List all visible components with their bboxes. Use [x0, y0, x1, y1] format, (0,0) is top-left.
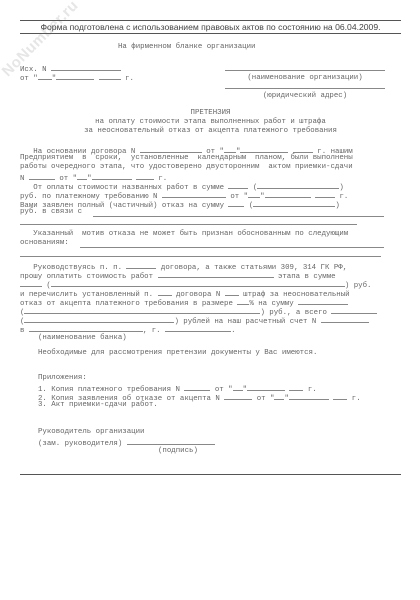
ref-number-field[interactable] [51, 62, 121, 71]
contract-number-field[interactable] [140, 144, 202, 153]
contract-month-field[interactable] [240, 144, 288, 153]
penalty-contract-field[interactable] [225, 287, 239, 296]
grounds-field-2[interactable] [20, 256, 381, 257]
legal-address-caption: (юридический адрес) [225, 91, 385, 101]
notice-rule [20, 33, 401, 34]
act-month-field[interactable] [92, 171, 132, 180]
contract-year-field[interactable] [293, 144, 313, 153]
act-day-field[interactable] [77, 171, 87, 180]
bottom-rule [20, 474, 401, 475]
pr-day-field[interactable] [248, 189, 260, 198]
p2-line4: руб. в связи с [20, 207, 82, 217]
pr-month-field[interactable] [265, 189, 311, 198]
refusal-sum-words-field[interactable] [253, 198, 335, 207]
bank-caption: (наименование банка) [38, 333, 127, 343]
stage-sum-words-field[interactable] [51, 278, 345, 287]
day-field[interactable] [38, 71, 52, 80]
penalty-clause-field[interactable] [158, 287, 172, 296]
act-number-field[interactable] [29, 171, 55, 180]
penalty-base-sum-field[interactable] [298, 296, 348, 305]
p3-line2: основаниям: [20, 238, 69, 248]
signature-field[interactable] [127, 436, 215, 445]
works-stage-field[interactable] [158, 269, 274, 278]
legal-address-field[interactable] [225, 88, 385, 89]
claim-subtitle-2: за неосновательный отказ от акцепта плат… [20, 126, 401, 136]
p3-line1: Указанный мотив отказа не может быть при… [20, 229, 348, 239]
total-sum-words-field[interactable] [24, 314, 174, 323]
attach1-day-field[interactable] [233, 382, 243, 391]
signature-caption: (подпись) [158, 446, 198, 456]
outgoing-date: от "" г. [20, 71, 134, 84]
pr-year-field[interactable] [315, 189, 335, 198]
month-field[interactable] [56, 71, 94, 80]
bank-city-field[interactable] [165, 323, 231, 332]
total-sum-field[interactable] [331, 305, 377, 314]
payment-request-number-field[interactable] [162, 189, 226, 198]
letterhead-note: На фирменном бланке организации [118, 42, 256, 52]
year-field[interactable] [99, 71, 121, 80]
attach1-number-field[interactable] [184, 382, 210, 391]
attach2-year-field[interactable] [333, 391, 347, 400]
org-name-caption: (наименование организации) [225, 73, 385, 83]
works-sum-field[interactable] [228, 180, 248, 189]
top-rule [20, 20, 401, 21]
attach2-day-field[interactable] [274, 391, 284, 400]
contract-day-field[interactable] [224, 144, 236, 153]
bank-name-field[interactable] [29, 323, 143, 332]
penalty-sum-words-field[interactable] [24, 305, 260, 314]
attach1-year-field[interactable] [289, 382, 303, 391]
penalty-percent-field[interactable] [237, 296, 249, 305]
refusal-reason-field[interactable] [93, 216, 384, 217]
act-year-field[interactable] [136, 171, 154, 180]
grounds-field[interactable] [80, 247, 384, 248]
account-number-field[interactable] [321, 314, 369, 323]
stage-sum-field[interactable] [20, 278, 42, 287]
attach1-month-field[interactable] [247, 382, 285, 391]
p5: Необходимые для рассмотрения претензии д… [38, 348, 317, 358]
works-sum-words-field[interactable] [257, 180, 339, 189]
contract-clause-field[interactable] [126, 260, 156, 269]
legal-notice: Форма подготовлена с использованием прав… [20, 22, 401, 32]
refusal-reason-field-2[interactable] [20, 224, 357, 225]
refusal-sum-field[interactable] [228, 198, 244, 207]
attach2-month-field[interactable] [289, 391, 329, 400]
org-name-field[interactable] [225, 70, 385, 71]
attach2-number-field[interactable] [224, 391, 252, 400]
attachment-item-3: 3. Акт приемки-сдачи работ. [38, 400, 158, 410]
